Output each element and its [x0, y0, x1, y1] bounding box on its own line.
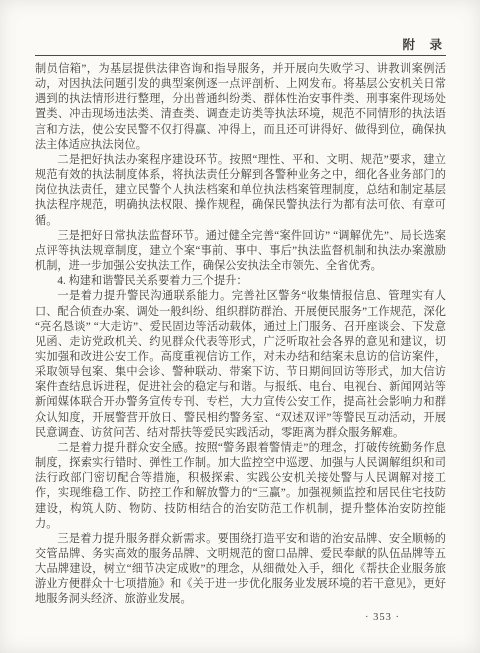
paragraph-third-point: 三是把好日常执法监督环节。通过健全完善“案件回访” “调解优先”、局长选案点评等…: [35, 229, 446, 274]
page-number: · 353 ·: [365, 612, 400, 623]
scanned-book-page: 附 录 制员信箱”，为基层提供法律咨询和指导服务，并开展向失败学习、讲教训案例活…: [0, 0, 480, 653]
page-body-text: 制员信箱”，为基层提供法律咨询和指导服务，并开展向失败学习、讲教训案例活动，对因…: [35, 62, 446, 608]
paragraph-second-improvement: 二是着力提升群众安全感。按照“警务跟着警情走”的理念，打破传统勤务作息制度，探索…: [35, 441, 446, 532]
paragraph-second-point: 二是把好执法办案程序建设环节。按照“理性、平和、文明、规范”要求，建立规范有效的…: [35, 153, 446, 229]
paragraph-section-4-heading: 4. 构建和谐警民关系要着力三个提升：: [35, 274, 446, 289]
header-rule: [35, 55, 446, 56]
running-header-title: 附 录: [402, 35, 443, 53]
paragraph-first-improvement: 一是着力提升警民沟通联系能力。完善社区警务“收集情报信息、管理实有人口、配合侦查…: [35, 289, 446, 441]
paragraph-third-improvement: 三是着力提升服务群众新需求。要围绕打造平安和谐的治安品牌、安全顺畅的交管品牌、务…: [35, 532, 446, 608]
paragraph-continuation: 制员信箱”，为基层提供法律咨询和指导服务，并开展向失败学习、讲教训案例活动，对因…: [35, 62, 446, 153]
